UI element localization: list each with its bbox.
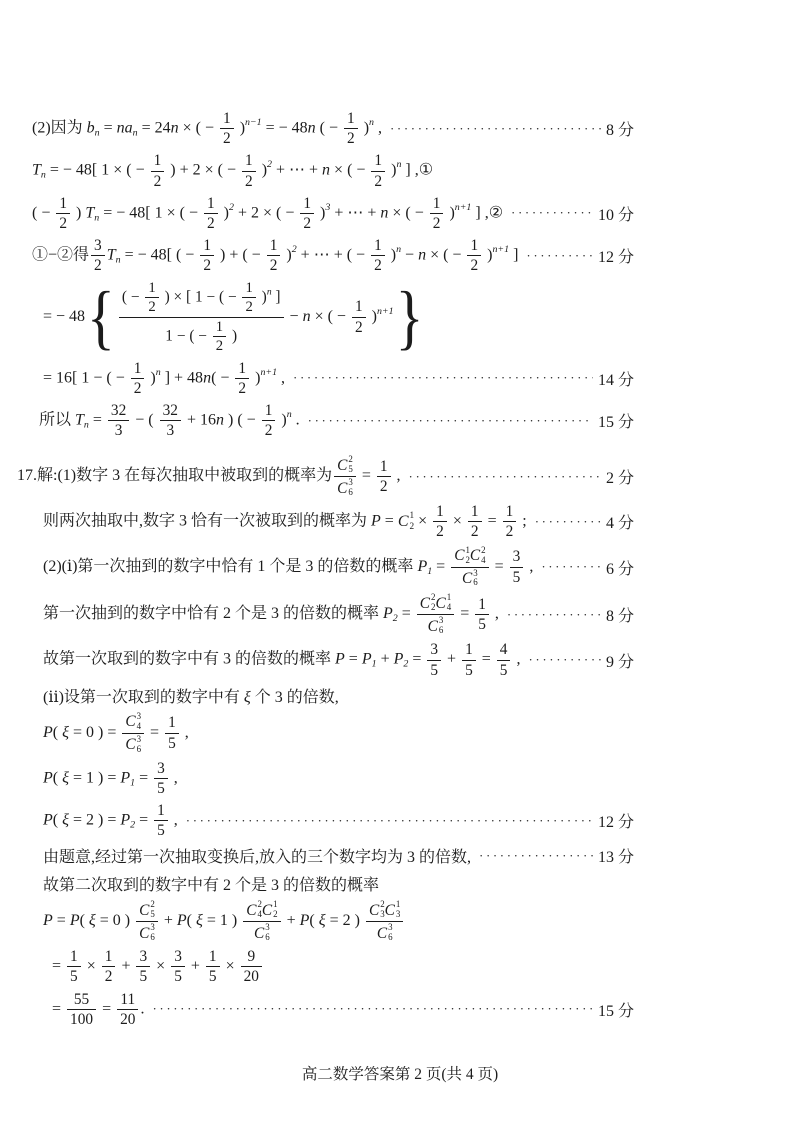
fraction: 12 [344, 110, 358, 147]
fraction: 15 [475, 596, 489, 633]
combination-symbol: C36 [428, 616, 444, 636]
fraction: 12 [151, 152, 165, 189]
combination-symbol: C36 [254, 923, 270, 943]
fraction: 12 [267, 237, 281, 274]
combination-symbol: C36 [377, 923, 393, 943]
combination-lower: 3 [396, 910, 400, 920]
denominator: 5 [67, 967, 81, 985]
denominator: 2 [151, 172, 165, 190]
fraction: 12 [371, 152, 385, 189]
denominator: 2 [102, 967, 116, 985]
fraction: 12 [377, 458, 391, 495]
score-label: 15 分 [598, 998, 634, 1021]
denominator: 1 − ( − 12 ) [119, 318, 284, 355]
denominator: 2 [213, 337, 226, 355]
math-variable: P [371, 513, 381, 530]
math-variable: P [43, 724, 53, 741]
formula-line-11: 第一次抽到的数字中恰有 2 个是 3 的倍数的概率 P2 = C22C14C36… [0, 593, 634, 636]
formula-line-5: = − 48{( − 12 ) × [ 1 − ( − 12 )n ]1 − (… [0, 280, 634, 355]
combination-symbol: C36 [462, 569, 478, 589]
subscript: 1 [427, 566, 432, 577]
denominator: 2 [300, 214, 314, 232]
math-variable: P [335, 651, 345, 668]
denominator: 2 [267, 256, 281, 274]
combination-lower: 5 [348, 465, 352, 475]
combination-letter: C [369, 902, 379, 919]
numerator: 1 [67, 948, 81, 967]
math-variable: P [43, 769, 53, 786]
formula-line-9: 则两次抽取中,数字 3 恰有一次被取到的概率为 P = C12 × 12 × 1… [0, 503, 634, 540]
fraction: 12 [433, 503, 447, 540]
combination-lower: 4 [137, 722, 141, 732]
denominator: 5 [136, 967, 150, 985]
numerator: 3 [427, 641, 441, 660]
dot-leader: ········································… [186, 813, 593, 829]
denominator: 5 [510, 568, 524, 586]
combination-letter: C [377, 925, 387, 942]
subscript: 1 [372, 659, 377, 670]
math-variable: na [117, 119, 133, 136]
fraction: 12 [300, 195, 314, 232]
fraction: C24C12C36 [243, 900, 280, 943]
math-variable: ξ [319, 912, 326, 929]
denominator: C36 [451, 568, 488, 589]
denominator: 2 [467, 256, 481, 274]
math-variable: n [216, 411, 224, 428]
fraction: 323 [160, 402, 181, 439]
denominator: 2 [344, 129, 358, 147]
combination-lower: 6 [137, 745, 141, 755]
formula-line-21: = 55100 = 1120.·························… [0, 991, 634, 1028]
combination-lower: 4 [447, 603, 451, 613]
fraction: 12 [468, 503, 482, 540]
combination-symbol: C22 [420, 593, 436, 613]
score-label: 10 分 [598, 202, 634, 225]
denominator: 2 [377, 477, 391, 495]
formula-line-13: (ⅱ)设第一次取到的数字中有 ξ 个 3 的倍数, [0, 684, 634, 707]
dot-leader: ········································… [293, 370, 593, 386]
math-variable: n [203, 369, 211, 386]
numerator: 3 [136, 948, 150, 967]
exponent: n [156, 366, 161, 377]
math-variable: ξ [196, 912, 203, 929]
fraction: 12 [200, 237, 214, 274]
formula-content: (2)(ⅰ)第一次抽到的数字中恰有 1 个是 3 的倍数的概率 P1 = C12… [43, 546, 533, 589]
exponent: n [396, 244, 401, 255]
denominator: 5 [497, 661, 511, 679]
math-variable: T [85, 204, 94, 221]
dot-leader: ········································… [152, 1001, 593, 1017]
score-label: 14 分 [598, 367, 634, 390]
fraction: 15 [154, 802, 168, 839]
numerator: 1 [377, 458, 391, 477]
exponent: n+1 [492, 244, 509, 255]
denominator: 2 [220, 129, 234, 147]
fraction: C25C36 [136, 900, 158, 943]
denominator: 20 [117, 1010, 138, 1028]
formula-line-16: P( ξ = 2 ) = P2 = 15 ,··················… [0, 802, 634, 839]
fraction: 32 [91, 237, 105, 274]
fraction: 35 [136, 948, 150, 985]
combination-letter: C [462, 570, 472, 587]
exponent: 2 [229, 202, 234, 213]
math-variable: P [362, 651, 372, 668]
combination-upper: 1 [410, 511, 415, 521]
math-variable: T [107, 246, 116, 263]
score-label: 12 分 [598, 809, 634, 832]
subscript: n [116, 254, 121, 265]
combination-letter: C [428, 618, 438, 635]
numerator: 1 [300, 195, 314, 214]
combination-letter: C [398, 513, 409, 531]
combination-letter: C [246, 902, 256, 919]
combination-indices: 25 [348, 455, 352, 475]
combination-letter: C [139, 925, 149, 942]
numerator: 1 [371, 237, 385, 256]
combination-symbol: C36 [337, 478, 353, 498]
numerator: C25 [334, 455, 356, 477]
fraction: 12 [371, 237, 385, 274]
denominator: 2 [433, 522, 447, 540]
formula-content: 由题意,经过第一次抽取变换后,放入的三个数字均为 3 的倍数, [43, 844, 471, 867]
denominator: 5 [427, 661, 441, 679]
fraction: 12 [56, 195, 70, 232]
numerator: C22C14 [417, 593, 454, 615]
subscript: 2 [403, 659, 408, 670]
exponent: n+1 [377, 305, 394, 316]
combination-indices: 12 [410, 511, 415, 532]
formula-line-12: 故第一次取到的数字中有 3 的倍数的概率 P = P1 + P2 = 35 + … [0, 641, 634, 678]
fraction: 12 [467, 237, 481, 274]
math-variable: n [380, 204, 388, 221]
numerator: C34 [122, 712, 144, 734]
dot-leader: ········································… [409, 469, 601, 485]
exponent: n [267, 287, 272, 297]
fraction: 12 [220, 110, 234, 147]
fraction: C23C13C36 [366, 900, 403, 943]
denominator: C36 [122, 734, 144, 755]
numerator: 55 [67, 991, 96, 1010]
numerator: 1 [371, 152, 385, 171]
numerator: 1 [165, 714, 179, 733]
denominator: 2 [200, 256, 214, 274]
fraction: 35 [154, 760, 168, 797]
exponent: 2 [267, 159, 272, 170]
combination-indices: 12 [273, 900, 277, 920]
formula-content: 第一次抽到的数字中恰有 2 个是 3 的倍数的概率 P2 = C22C14C36… [43, 593, 499, 636]
denominator: 100 [67, 1010, 96, 1028]
denominator: 2 [371, 172, 385, 190]
math-variable: P [120, 811, 130, 828]
fraction: 12 [430, 195, 444, 232]
numerator: 3 [91, 237, 105, 256]
denominator: 5 [206, 967, 220, 985]
formula-content: P( ξ = 1 ) = P1 = 35 , [43, 760, 178, 797]
formula-content: = 55100 = 1120. [48, 991, 144, 1028]
subscript: n [133, 127, 138, 138]
score-label: 4 分 [606, 510, 634, 533]
fraction: 12 [145, 280, 158, 316]
denominator: 2 [371, 256, 385, 274]
numerator: 1 [242, 280, 255, 299]
denominator: C36 [417, 615, 454, 636]
numerator: 1 [462, 641, 476, 660]
numerator: 1 [204, 195, 218, 214]
subscript: 1 [130, 777, 135, 788]
answer-body: (2)因为 bn = nan = 24n × ( − 12 )n−1 = − 4… [0, 0, 634, 1028]
combination-symbol: C12 [262, 900, 278, 920]
combination-letter: C [454, 547, 464, 564]
math-variable: T [75, 411, 84, 428]
exponent: n−1 [245, 117, 262, 128]
formula-line-3: ( − 12 ) Tn = − 48[ 1 × ( − 12 )2 + 2 × … [0, 195, 634, 232]
combination-indices: 36 [265, 923, 269, 943]
combination-symbol: C36 [125, 735, 141, 755]
fraction: C25C36 [334, 455, 356, 498]
combination-symbol: C12 [454, 546, 470, 566]
denominator: C36 [243, 922, 280, 943]
dot-leader: ········································… [479, 848, 593, 864]
denominator: 5 [165, 734, 179, 752]
math-variable: P [43, 811, 53, 828]
numerator: 1 [433, 503, 447, 522]
numerator: 1 [102, 948, 116, 967]
numerator: 32 [108, 402, 129, 421]
fraction: C34C36 [122, 712, 144, 755]
numerator: 1 [430, 195, 444, 214]
denominator: 3 [108, 421, 129, 439]
denominator: 5 [154, 821, 168, 839]
numerator: 1 [468, 503, 482, 522]
formula-line-6: = 16[ 1 − ( − 12 )n ] + 48n( − 12 )n+1 ,… [0, 360, 634, 397]
formula-content: 17.解:(1)数字 3 在每次抽取中被取到的概率为C25C36 = 12 , [17, 455, 401, 498]
exponent: 3 [325, 202, 330, 213]
numerator: 1 [131, 360, 145, 379]
combination-lower: 4 [481, 556, 485, 566]
math-variable: P [43, 912, 53, 929]
combination-letter: C [337, 457, 347, 474]
combination-letter: C [420, 595, 430, 612]
denominator: C36 [334, 477, 356, 498]
formula-line-15: P( ξ = 1 ) = P1 = 35 , [0, 760, 634, 797]
dot-leader: ········································… [507, 607, 601, 623]
combination-letter: C [125, 713, 135, 730]
combination-symbol: C24 [246, 900, 262, 920]
formula-content: 故第二次取到的数字中有 2 个是 3 的倍数的概率 [43, 872, 379, 895]
fraction: 35 [171, 948, 185, 985]
fraction: ( − 12 ) × [ 1 − ( − 12 )n ]1 − ( − 12 ) [119, 280, 284, 355]
numerator: C25 [136, 900, 158, 922]
combination-letter: C [385, 902, 395, 919]
denominator: 2 [235, 379, 249, 397]
exponent: n+1 [260, 366, 277, 377]
combination-indices: 34 [137, 712, 141, 732]
numerator: 3 [171, 948, 185, 967]
combination-symbol: C13 [385, 900, 401, 920]
math-variable: P [383, 606, 393, 623]
combination-letter: C [254, 925, 264, 942]
numerator: 11 [117, 991, 138, 1010]
combination-lower: 6 [348, 488, 352, 498]
numerator: C23C13 [366, 900, 403, 922]
denominator: 2 [204, 214, 218, 232]
fraction: 35 [427, 641, 441, 678]
fraction: 12 [131, 360, 145, 397]
denominator: 2 [242, 298, 255, 316]
score-label: 2 分 [606, 465, 634, 488]
combination-indices: 36 [137, 735, 141, 755]
denominator: 5 [475, 615, 489, 633]
numerator: 1 [242, 152, 256, 171]
math-variable: n [418, 246, 426, 263]
formula-line-20: = 15 × 12 + 35 × 35 + 15 × 920 [0, 948, 634, 985]
math-variable: b [87, 119, 95, 136]
fraction: 15 [206, 948, 220, 985]
dot-leader: ········································… [541, 559, 601, 575]
math-variable: P [70, 912, 80, 929]
formula-line-8: 17.解:(1)数字 3 在每次抽取中被取到的概率为C25C36 = 12 ,·… [0, 455, 634, 498]
math-variable: P [120, 769, 130, 786]
formula-line-18: 故第二次取到的数字中有 2 个是 3 的倍数的概率 [0, 872, 634, 895]
combination-lower: 6 [388, 933, 392, 943]
fraction: 12 [242, 280, 255, 316]
combination-letter: C [435, 595, 445, 612]
fraction: 15 [165, 714, 179, 751]
formula-content: 所以 Tn = 323 − ( 323 + 16n ) ( − 12 )n . [39, 402, 300, 439]
denominator: 2 [242, 172, 256, 190]
denominator: C36 [366, 922, 403, 943]
combination-letter: C [337, 480, 347, 497]
combination-lower: 2 [410, 522, 415, 532]
numerator: 1 [213, 319, 226, 338]
score-label: 6 分 [606, 556, 634, 579]
dot-leader: ········································… [390, 121, 601, 137]
formula-content: 故第一次取到的数字中有 3 的倍数的概率 P = P1 + P2 = 35 + … [43, 641, 520, 678]
formula-line-7: 所以 Tn = 323 − ( 323 + 16n ) ( − 12 )n .·… [0, 402, 634, 439]
math-variable: ξ [62, 769, 69, 786]
combination-indices: 36 [348, 478, 352, 498]
combination-indices: 36 [473, 569, 477, 589]
combination-lower: 6 [473, 578, 477, 588]
fraction: 12 [102, 948, 116, 985]
numerator: 1 [503, 503, 517, 522]
denominator: C36 [136, 922, 158, 943]
math-variable: ξ [244, 689, 251, 706]
numerator: 1 [200, 237, 214, 256]
combination-symbol: C14 [435, 593, 451, 613]
numerator: 1 [151, 152, 165, 171]
combination-indices: 36 [439, 616, 443, 636]
combination-lower: 6 [150, 933, 154, 943]
subscript: n [94, 212, 99, 223]
numerator: 3 [154, 760, 168, 779]
combination-letter: C [125, 736, 135, 753]
denominator: 2 [145, 298, 158, 316]
denominator: 3 [160, 421, 181, 439]
dot-leader: ········································… [528, 652, 601, 668]
denominator: 5 [171, 967, 185, 985]
denominator: 5 [154, 779, 168, 797]
denominator: 5 [462, 661, 476, 679]
fraction: C22C14C36 [417, 593, 454, 636]
subscript: n [95, 127, 100, 138]
denominator: 2 [468, 522, 482, 540]
denominator: 2 [91, 256, 105, 274]
numerator: C12C24 [451, 546, 488, 568]
dot-leader: ········································… [511, 205, 593, 221]
numerator: 1 [262, 402, 276, 421]
combination-symbol: C24 [470, 546, 486, 566]
page-footer: 高二数学答案第 2 页(共 4 页) [0, 1062, 800, 1084]
formula-line-19: P = P( ξ = 0 ) C25C36 + P( ξ = 1 ) C24C1… [0, 900, 634, 943]
math-variable: P [417, 558, 427, 575]
combination-letter: C [262, 902, 272, 919]
formula-content: (ⅱ)设第一次取到的数字中有 ξ 个 3 的倍数, [43, 684, 339, 707]
math-variable: ξ [62, 811, 69, 828]
math-variable: T [32, 162, 41, 179]
fraction: 920 [241, 948, 262, 985]
math-variable: P [300, 912, 310, 929]
math-variable: ξ [62, 724, 69, 741]
combination-lower: 6 [439, 626, 443, 636]
denominator: 2 [262, 421, 276, 439]
exponent: n [396, 159, 401, 170]
math-variable: n [303, 308, 311, 325]
numerator: 9 [241, 948, 262, 967]
combination-indices: 36 [150, 923, 154, 943]
score-label: 8 分 [606, 603, 634, 626]
fraction: 45 [497, 641, 511, 678]
math-variable: n [322, 162, 330, 179]
subscript: n [84, 419, 89, 430]
formula-content: = 15 × 12 + 35 × 35 + 15 × 920 [48, 948, 264, 985]
exponent: n [287, 409, 292, 420]
formula-line-14: P( ξ = 0 ) = C34C36 = 15 , [0, 712, 634, 755]
denominator: 2 [503, 522, 517, 540]
combination-symbol: C23 [369, 900, 385, 920]
dot-leader: ········································… [308, 413, 593, 429]
numerator: 1 [352, 298, 366, 317]
fraction: 35 [510, 548, 524, 585]
numerator: C24C12 [243, 900, 280, 922]
numerator: 4 [497, 641, 511, 660]
dot-leader: ········································… [526, 248, 593, 264]
numerator: 1 [467, 237, 481, 256]
formula-content: ( − 12 ) Tn = − 48[ 1 × ( − 12 )2 + 2 × … [32, 195, 503, 232]
denominator: 2 [56, 214, 70, 232]
combination-letter: C [470, 547, 480, 564]
fraction: 323 [108, 402, 129, 439]
fraction: 12 [213, 319, 226, 355]
numerator: 1 [56, 195, 70, 214]
fraction: C12C24C36 [451, 546, 488, 589]
numerator: ( − 12 ) × [ 1 − ( − 12 )n ] [119, 280, 284, 318]
fraction: 12 [503, 503, 517, 540]
formula-content: P( ξ = 0 ) = C34C36 = 15 , [43, 712, 189, 755]
fraction: 15 [67, 948, 81, 985]
subscript: n [41, 170, 46, 181]
score-label: 8 分 [606, 117, 634, 140]
formula-content: = − 48{( − 12 ) × [ 1 − ( − 12 )n ]1 − (… [39, 280, 425, 355]
formula-content: = 16[ 1 − ( − 12 )n ] + 48n( − 12 )n+1 , [39, 360, 285, 397]
numerator: 1 [220, 110, 234, 129]
subscript: 2 [393, 614, 398, 625]
numerator: 1 [235, 360, 249, 379]
exponent: n [369, 117, 374, 128]
fraction: 12 [242, 152, 256, 189]
dot-leader: ········································… [535, 514, 601, 530]
numerator: 3 [510, 548, 524, 567]
